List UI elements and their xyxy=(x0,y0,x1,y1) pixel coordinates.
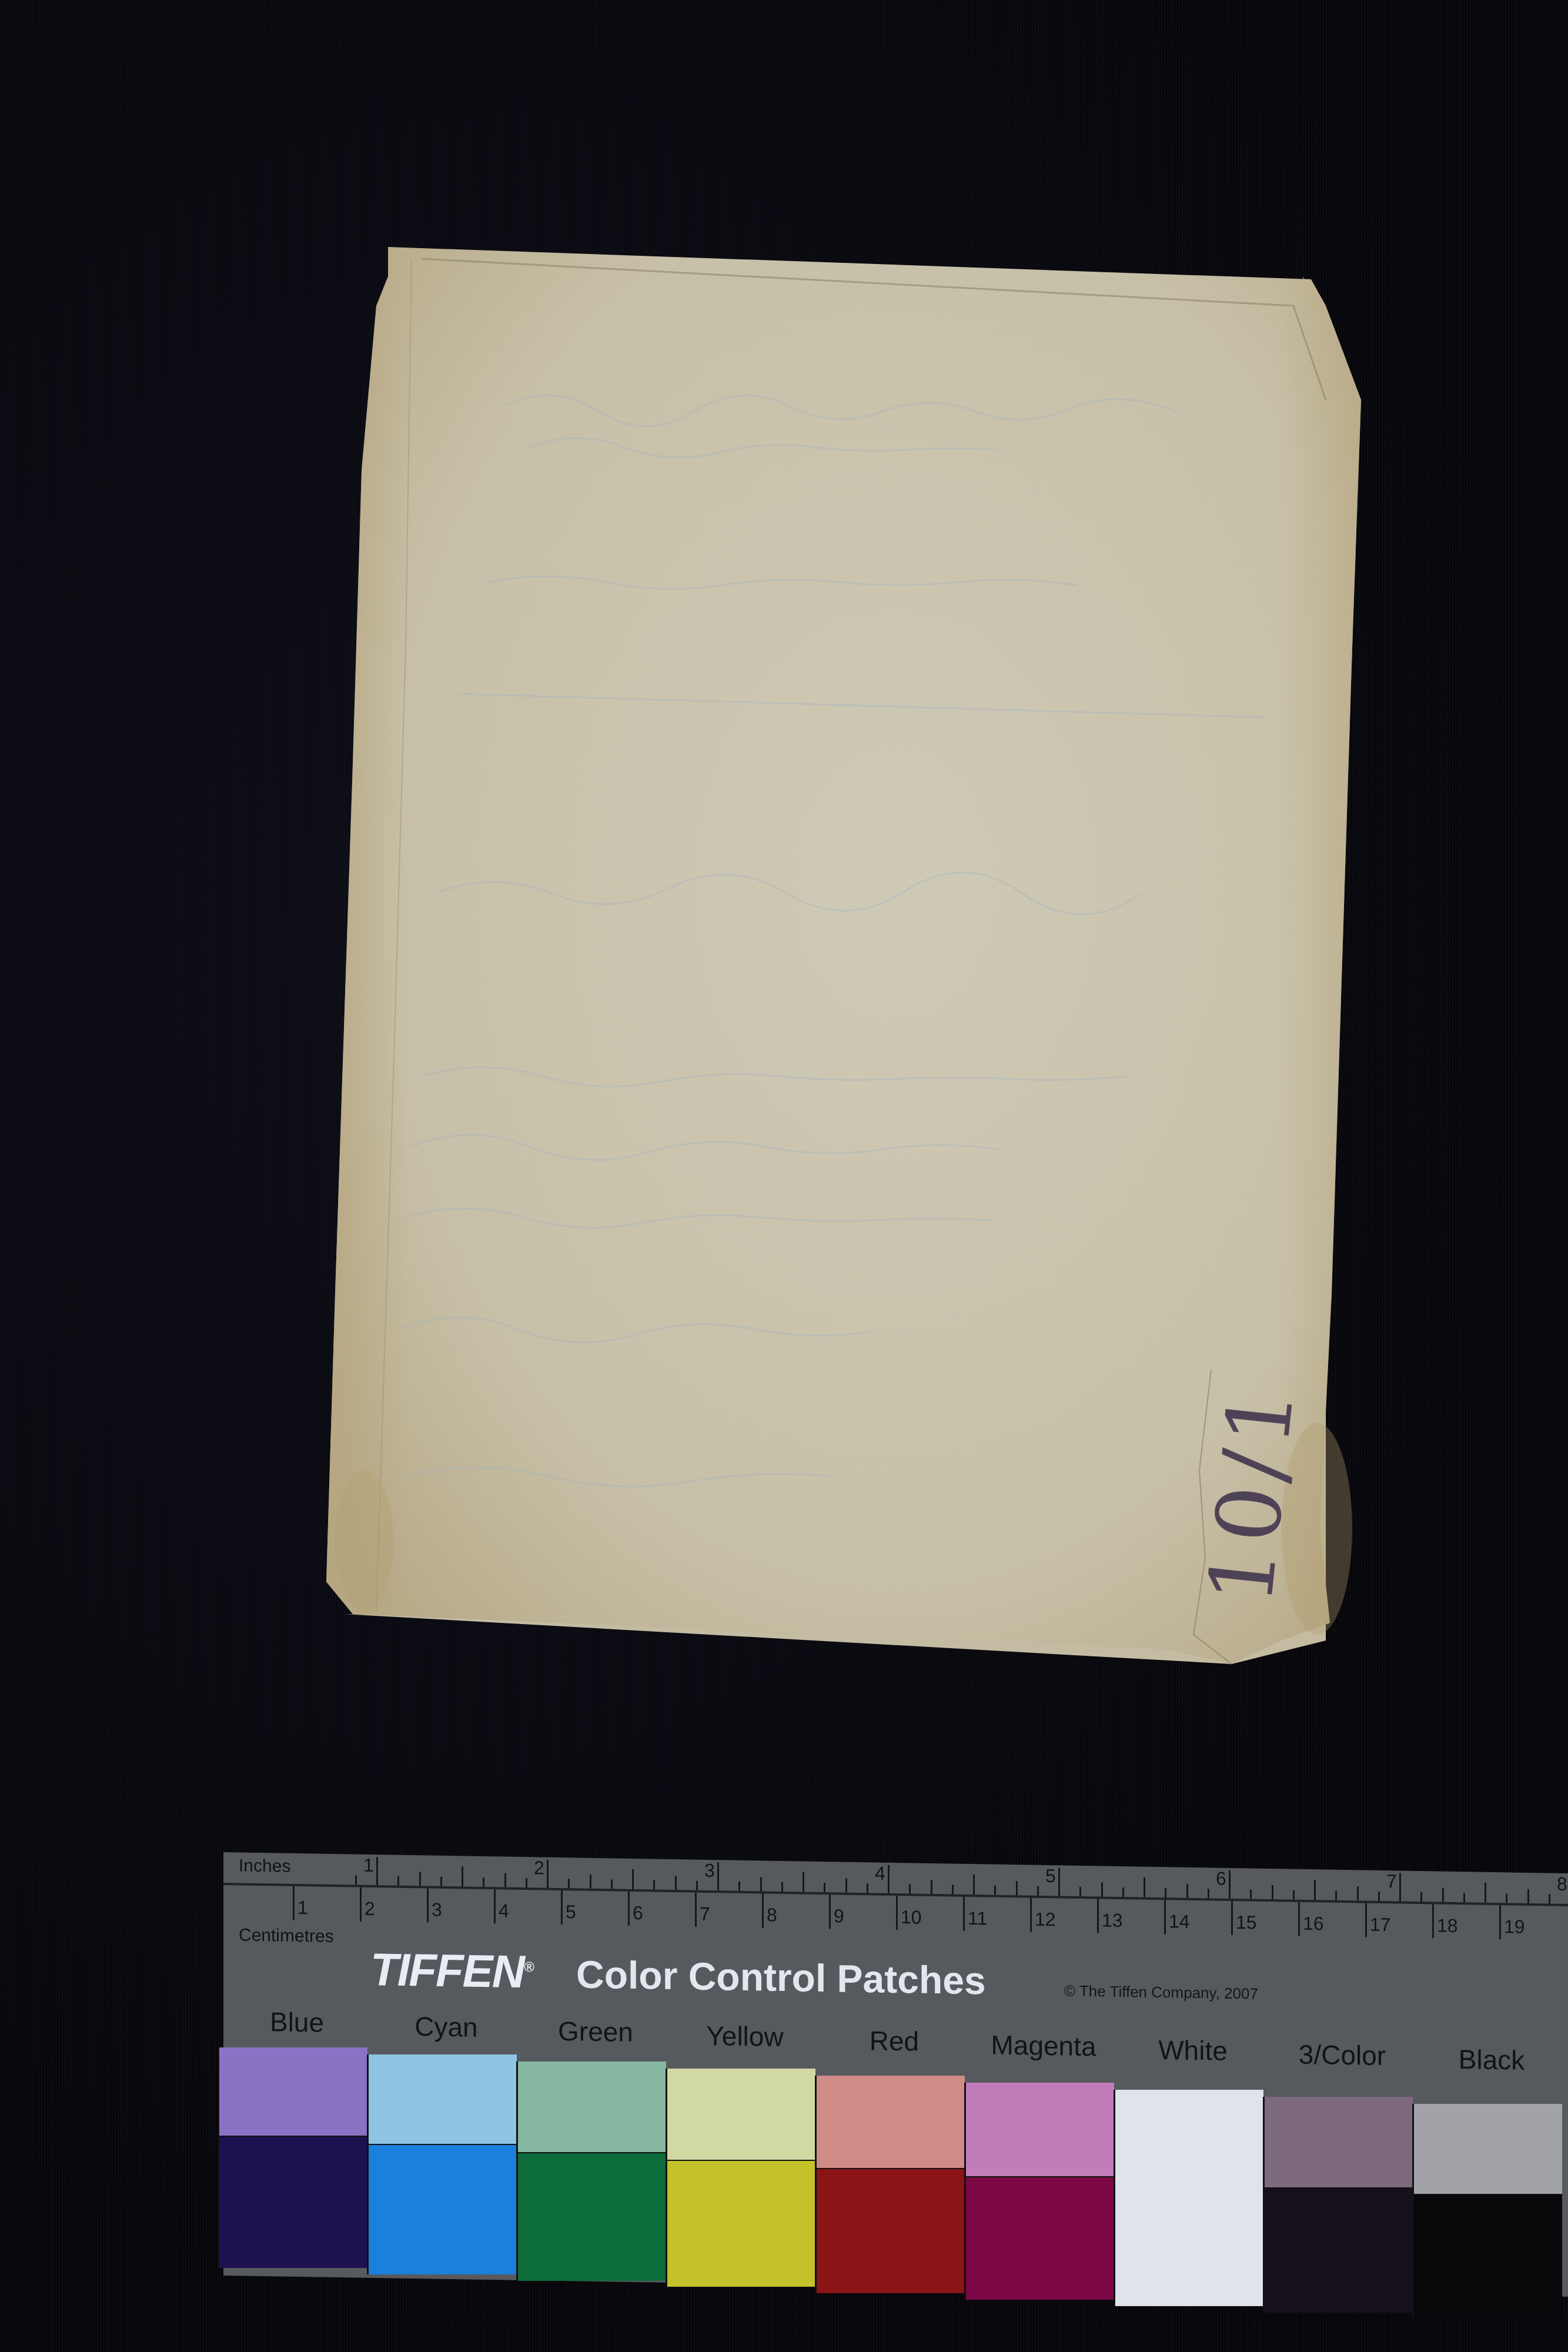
inch-tick xyxy=(1122,1887,1124,1897)
cm-tick xyxy=(1432,1904,1434,1938)
inch-tick xyxy=(973,1875,975,1895)
cm-tick-label: 7 xyxy=(700,1903,710,1925)
centimetres-label: Centimetres xyxy=(239,1925,334,1947)
inch-tick xyxy=(675,1876,677,1890)
inch-tick xyxy=(1314,1880,1316,1900)
inch-tick xyxy=(1229,1870,1231,1899)
cm-tick xyxy=(1231,1901,1233,1935)
inch-tick xyxy=(1101,1882,1103,1896)
inch-tick xyxy=(611,1879,613,1889)
inch-tick xyxy=(504,1873,506,1887)
cm-tick-label: 11 xyxy=(968,1907,987,1930)
inch-tick xyxy=(419,1872,421,1886)
inch-tick xyxy=(952,1885,954,1894)
inch-tick-label: 7 xyxy=(1386,1870,1397,1892)
inch-tick xyxy=(803,1872,804,1892)
cm-tick xyxy=(293,1886,295,1920)
cm-tick-label: 8 xyxy=(767,1905,777,1926)
inch-tick xyxy=(994,1886,996,1895)
cm-tick xyxy=(1499,1905,1501,1939)
cm-tick-label: 3 xyxy=(432,1899,442,1921)
cm-tick-label: 2 xyxy=(365,1898,375,1920)
color-patch xyxy=(964,2083,1114,2300)
inch-tick xyxy=(1506,1893,1507,1903)
inch-tick xyxy=(1079,1887,1081,1896)
inch-tick xyxy=(653,1880,655,1889)
cm-tick xyxy=(1030,1898,1032,1932)
cm-tick xyxy=(561,1890,563,1925)
cm-tick-label: 18 xyxy=(1437,1915,1458,1937)
cm-tick-label: 10 xyxy=(901,1906,922,1929)
inch-tick xyxy=(547,1860,549,1888)
inch-tick xyxy=(1165,1888,1166,1897)
inch-tick xyxy=(696,1881,698,1890)
cm-tick-label: 5 xyxy=(566,1901,576,1923)
inch-tick xyxy=(1378,1892,1380,1901)
color-patch xyxy=(666,2069,815,2287)
inch-tick-label: 6 xyxy=(1216,1868,1226,1890)
cm-tick-label: 12 xyxy=(1035,1909,1056,1931)
cm-tick-label: 17 xyxy=(1370,1914,1391,1936)
cm-tick xyxy=(963,1897,965,1931)
color-patch xyxy=(1114,2090,1263,2306)
inch-tick xyxy=(355,1876,357,1885)
cm-tick-label: 19 xyxy=(1504,1916,1525,1938)
inch-tick-label: 2 xyxy=(534,1857,544,1879)
inch-tick xyxy=(632,1869,634,1889)
inch-tick xyxy=(1144,1877,1145,1897)
cm-tick xyxy=(628,1892,630,1926)
cm-tick xyxy=(695,1893,697,1927)
inch-tick xyxy=(1058,1867,1060,1896)
inch-tick xyxy=(1357,1886,1359,1900)
inch-tick xyxy=(526,1878,527,1887)
inch-tick-label: 4 xyxy=(875,1862,885,1884)
cm-tick xyxy=(427,1888,429,1922)
handwritten-page-number: 10/1 xyxy=(1193,1370,1311,1617)
inch-tick xyxy=(440,1877,442,1886)
cm-tick xyxy=(494,1889,496,1923)
inch-tick-label: 3 xyxy=(704,1860,715,1882)
copyright-notice: © The Tiffen Company, 2007 xyxy=(1064,1982,1258,2003)
cm-tick xyxy=(360,1887,362,1922)
inch-tick-label: 1 xyxy=(363,1855,374,1876)
inch-tick xyxy=(1335,1891,1337,1900)
inch-tick xyxy=(483,1877,484,1887)
inch-tick xyxy=(824,1883,825,1892)
patch-label: Green xyxy=(522,2014,669,2049)
inch-tick xyxy=(1549,1894,1550,1903)
inch-tick xyxy=(845,1879,847,1893)
inch-tick xyxy=(397,1876,399,1886)
cm-tick xyxy=(1365,1903,1367,1937)
color-patch xyxy=(367,2054,517,2274)
patch-label: Cyan xyxy=(373,2010,520,2044)
color-patch xyxy=(815,2076,965,2293)
cm-tick-label: 6 xyxy=(633,1902,643,1924)
inch-tick xyxy=(717,1862,719,1890)
color-control-chart: Inches 12345678 123456789101112131415161… xyxy=(223,1852,1568,2281)
cm-tick xyxy=(1164,1900,1166,1934)
inch-tick xyxy=(1485,1883,1486,1903)
cm-tick xyxy=(829,1895,831,1929)
color-patch xyxy=(218,2047,367,2268)
cm-tick xyxy=(1298,1902,1300,1936)
inch-tick xyxy=(867,1883,868,1893)
patch-label: Blue xyxy=(223,2005,370,2039)
inch-tick xyxy=(568,1879,570,1888)
inch-tick xyxy=(888,1865,890,1893)
inch-tick xyxy=(1420,1892,1422,1902)
inch-tick xyxy=(1527,1889,1529,1903)
chart-title: Color Control Patches xyxy=(576,1952,986,2003)
inch-tick xyxy=(738,1882,740,1891)
inch-tick xyxy=(590,1875,591,1889)
inch-tick xyxy=(760,1877,762,1891)
inch-tick xyxy=(376,1857,378,1885)
inch-tick xyxy=(462,1866,463,1886)
cm-tick-label: 14 xyxy=(1169,1910,1190,1933)
inch-tick xyxy=(1186,1884,1188,1898)
cm-tick-label: 4 xyxy=(499,1900,509,1922)
inch-tick-label: 8 xyxy=(1557,1873,1567,1895)
inch-tick xyxy=(1037,1886,1039,1896)
color-patches xyxy=(218,2047,1568,2283)
cm-tick-label: 16 xyxy=(1303,1913,1324,1935)
inches-label: Inches xyxy=(239,1856,290,1876)
cm-tick xyxy=(1097,1899,1099,1933)
cm-tick-label: 9 xyxy=(834,1905,844,1927)
tiffen-logo: TIFFEN® xyxy=(370,1943,533,1999)
inch-tick xyxy=(1399,1873,1401,1901)
inch-tick xyxy=(931,1880,932,1894)
cm-tick xyxy=(762,1893,764,1927)
cm-tick-label: 13 xyxy=(1102,1909,1123,1932)
paper-shape xyxy=(0,0,1568,1682)
color-patch xyxy=(1263,2097,1413,2313)
inch-tick xyxy=(1293,1890,1295,1900)
cm-tick-label: 1 xyxy=(297,1897,308,1919)
inch-tick xyxy=(1272,1885,1273,1899)
document-sheet: 10/1 xyxy=(0,0,1568,1682)
color-patch xyxy=(516,2062,666,2281)
cm-tick-label: 15 xyxy=(1236,1912,1257,1934)
inch-tick xyxy=(1016,1881,1018,1895)
inch-tick xyxy=(1442,1888,1444,1902)
color-patch xyxy=(1412,2104,1562,2318)
inch-tick-label: 5 xyxy=(1045,1865,1056,1887)
inch-tick xyxy=(1208,1889,1209,1898)
inch-tick xyxy=(909,1884,911,1893)
cm-tick xyxy=(896,1896,898,1930)
inch-tick xyxy=(1463,1893,1465,1902)
inch-tick xyxy=(1250,1889,1252,1899)
inch-tick xyxy=(781,1882,783,1892)
